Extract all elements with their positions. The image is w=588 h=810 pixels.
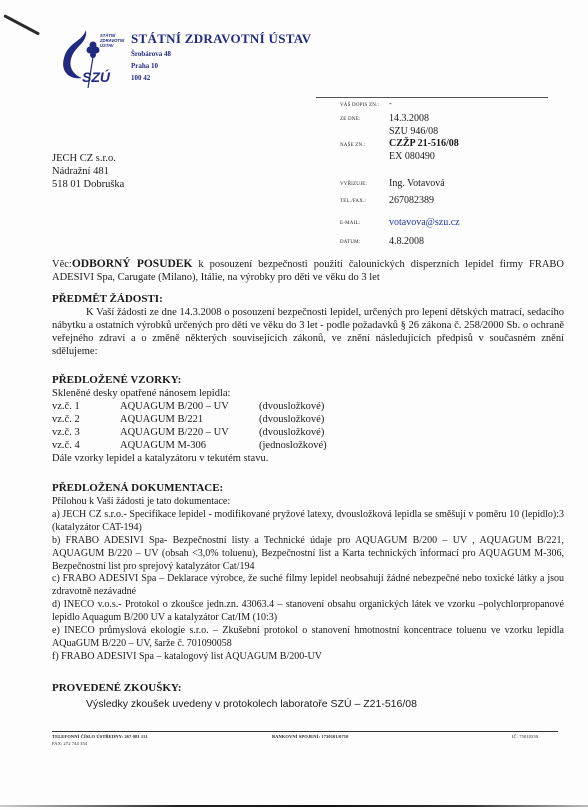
ref-label-date-from: ZE DNE: bbox=[340, 117, 360, 122]
ref-label-your-letter: VÁŠ DOPIS ZN.: bbox=[340, 103, 379, 108]
ref-label-our-ref: NAŠE ZN.: bbox=[340, 143, 365, 148]
samples-outro: Dále vzorky lepidel a katalyzátoru v tek… bbox=[52, 452, 327, 465]
recipient-address: JECH CZ s.r.o. Nádražní 481 518 01 Dobru… bbox=[52, 152, 124, 191]
address-street: Šrobárova 48 bbox=[131, 50, 171, 58]
address-zip: 100 42 bbox=[131, 74, 150, 82]
footer-phone: TELEFONNÍ ČÍSLO ÚSTŘEDNY: 267 081 111 bbox=[52, 734, 147, 739]
samples-intro: Skleněné desky opatřené nánosem lepidla: bbox=[52, 387, 327, 400]
tests-text: Výsledky zkoušek uvedeny v protokolech l… bbox=[86, 698, 417, 710]
samples-list: Skleněné desky opatřené nánosem lepidla:… bbox=[52, 387, 327, 465]
header-divider bbox=[316, 97, 548, 98]
footer-bank: BANKOVNÍ SPOJENÍ: 1730101/0710 bbox=[272, 734, 349, 739]
ref-label-phone: TEL./FAX.: bbox=[340, 199, 366, 204]
documentation-heading: PŘEDLOŽENÁ DOKUMENTACE: bbox=[52, 482, 223, 494]
ref-value-date: 4.8.2008 bbox=[389, 236, 424, 247]
documentation-intro: Přílohou k Vaší žádosti je tato dokument… bbox=[52, 496, 564, 509]
request-text: K Vaší žádosti ze dne 14.3.2008 o posouz… bbox=[52, 306, 564, 358]
subject-line: Věc:ODBORNÝ POSUDEK k posouzení bezpečno… bbox=[52, 258, 564, 284]
address-city: Praha 10 bbox=[131, 62, 158, 70]
subject-prefix: Věc: bbox=[52, 259, 72, 270]
documentation-item: c) FRABO ADESIVI Spa – Deklarace výrobce… bbox=[52, 573, 564, 599]
footer-divider bbox=[52, 731, 558, 732]
samples-heading: PŘEDLOŽENÉ VZORKY: bbox=[52, 374, 181, 386]
ref-value-our-ref-3: EX 080490 bbox=[389, 151, 435, 162]
footer-ic: IČ: 75010330 bbox=[512, 734, 538, 739]
sample-row: vz.č. 4 AQUAGUM M-306 (jednosložkové) bbox=[52, 439, 327, 452]
subject-title: ODBORNÝ POSUDEK bbox=[72, 258, 193, 270]
request-heading: PŘEDMĚT ŽÁDOSTI: bbox=[52, 293, 163, 305]
documentation-item: e) INECO průmyslová ekologie s.r.o. – Zk… bbox=[52, 625, 564, 651]
documentation-item: f) FRABO ADESIVI Spa – katalogový list A… bbox=[52, 651, 564, 664]
ref-label-date: DATUM: bbox=[340, 240, 360, 245]
szu-logo-icon: STÁTNÍ ZDRAVOTNÍ ÚSTAV SZÚ bbox=[56, 28, 126, 90]
footer-fax: FAX: 272 744 354 bbox=[52, 741, 87, 746]
ref-label-email: E-MAIL: bbox=[340, 221, 360, 226]
recipient-company: JECH CZ s.r.o. bbox=[52, 152, 124, 165]
ref-label-handled-by: VYŘIZUJE: bbox=[340, 182, 367, 187]
svg-text:ÚSTAV: ÚSTAV bbox=[100, 43, 115, 48]
documentation-item: b) FRABO ADESIVI Spa- Bezpečnostní listy… bbox=[52, 535, 564, 574]
documentation-list: Přílohou k Vaší žádosti je tato dokument… bbox=[52, 496, 564, 664]
sample-row: vz.č. 1 AQUAGUM B/200 – UV (dvousložkové… bbox=[52, 400, 327, 413]
recipient-city: 518 01 Dobruška bbox=[52, 178, 124, 191]
documentation-item: d) INECO v.o.s.- Protokol o zkoušce jedn… bbox=[52, 599, 564, 625]
organization-name: STÁTNÍ ZDRAVOTNÍ ÚSTAV bbox=[131, 31, 311, 47]
ref-value-phone: 267082389 bbox=[389, 195, 434, 206]
ref-value-date-from: 14.3.2008 bbox=[389, 113, 429, 124]
sample-row: vz.č. 2 AQUAGUM B/221 (dvousložkové) bbox=[52, 413, 327, 426]
ref-value-handled-by: Ing. Votavová bbox=[389, 178, 445, 189]
tests-heading: PROVEDENÉ ZKOUŠKY: bbox=[52, 682, 181, 694]
recipient-street: Nádražní 481 bbox=[52, 165, 124, 178]
svg-text:SZÚ: SZÚ bbox=[82, 68, 111, 85]
documentation-item: a) JECH CZ s.r.o.- Specifikace lepidel -… bbox=[52, 509, 564, 535]
ref-value-our-ref-2: CZŽP 21-516/08 bbox=[389, 138, 459, 149]
sample-row: vz.č. 3 AQUAGUM B/220 – UV (dvousložkové… bbox=[52, 426, 327, 439]
ref-value-our-ref-1: SZU 946/08 bbox=[389, 126, 438, 137]
page-edge-line bbox=[0, 805, 588, 807]
ref-value-email[interactable]: votavova@szu.cz bbox=[389, 217, 460, 228]
staple-mark bbox=[3, 14, 40, 35]
ref-value-your-letter: - bbox=[389, 99, 392, 108]
